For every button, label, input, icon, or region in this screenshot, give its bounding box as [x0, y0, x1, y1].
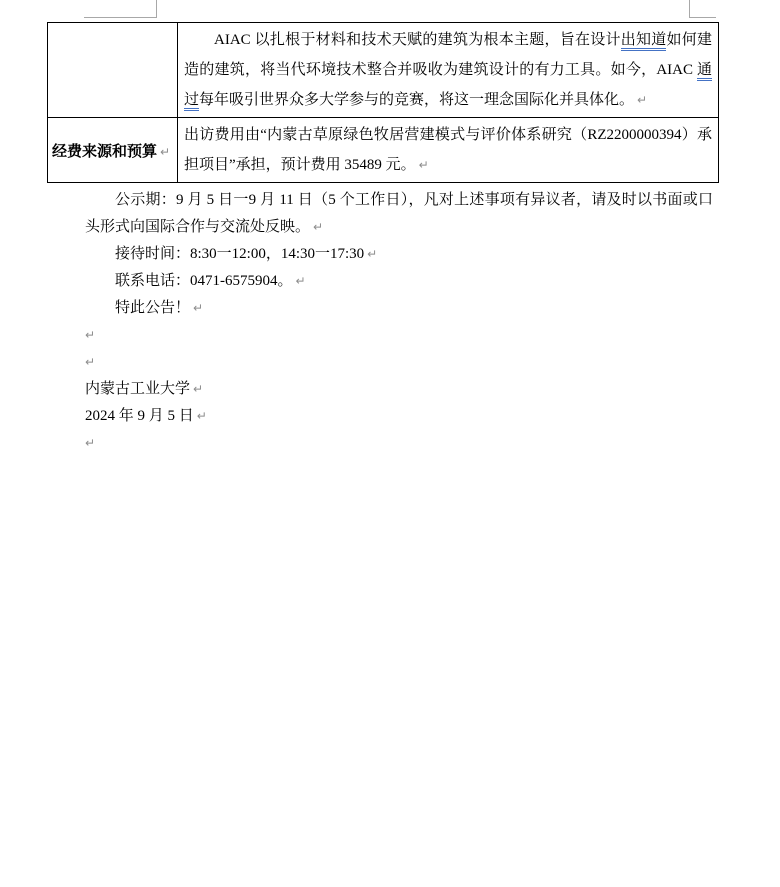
aiac-paragraph: AIAC 以扎根于材料和技术天赋的建筑为根本主题，旨在设计出知道如何建造的建筑，… [184, 25, 712, 115]
signature-organization-line: 内蒙古工业大学↵ [85, 376, 713, 403]
empty-paragraph: ↵ [85, 322, 713, 349]
paragraph-mark: ↵ [313, 220, 323, 234]
funding-label: 经费来源和预算 [52, 144, 157, 160]
notice-period-paragraph: 公示期：9 月 5 日一9 月 11 日（5 个工作日），凡对上述事项有异议者，… [85, 187, 713, 241]
funding-content: 出访费用由“内蒙古草原绿色牧居营建模式与评价体系研究（RZ2200000394）… [184, 127, 712, 173]
aiac-description-cell: AIAC 以扎根于材料和技术天赋的建筑为根本主题，旨在设计出知道如何建造的建筑，… [178, 23, 719, 118]
paragraph-mark: ↵ [85, 355, 95, 369]
paragraph-mark: ↵ [160, 145, 170, 159]
paragraph-mark: ↵ [419, 158, 429, 172]
paragraph-mark: ↵ [197, 409, 207, 423]
empty-paragraph: ↵ [85, 430, 713, 457]
grammar-flagged-text: 出知道 [621, 32, 667, 51]
funding-content-cell: 出访费用由“内蒙古草原绿色牧居营建模式与评价体系研究（RZ2200000394）… [178, 118, 719, 183]
paragraph-mark: ↵ [193, 301, 203, 315]
text-boundary-mark-left-horizontal [84, 17, 157, 18]
signature-date: 2024 年 9 月 5 日 [85, 408, 194, 424]
paragraph-mark: ↵ [296, 274, 306, 288]
signature-date-line: 2024 年 9 月 5 日↵ [85, 403, 713, 430]
closing-text: 特此公告！ [115, 300, 190, 316]
aiac-text-segment: 每年吸引世界众多大学参与的竞赛，将这一理念国际化并具体化。 [199, 92, 634, 108]
empty-paragraph: ↵ [85, 349, 713, 376]
document-page: AIAC 以扎根于材料和技术天赋的建筑为根本主题，旨在设计出知道如何建造的建筑，… [0, 0, 780, 887]
signature-organization: 内蒙古工业大学 [85, 381, 190, 397]
paragraph-mark: ↵ [367, 247, 377, 261]
announcement-table: AIAC 以扎根于材料和技术天赋的建筑为根本主题，旨在设计出知道如何建造的建筑，… [47, 22, 719, 183]
contact-phone-text: 联系电话：0471-6575904。 [115, 273, 293, 289]
aiac-row-label-cell [48, 23, 178, 118]
body-text-block: 公示期：9 月 5 日一9 月 11 日（5 个工作日），凡对上述事项有异议者，… [85, 187, 713, 457]
paragraph-mark: ↵ [193, 382, 203, 396]
contact-phone-paragraph: 联系电话：0471-6575904。↵ [85, 268, 713, 295]
table-row-funding: 经费来源和预算↵ 出访费用由“内蒙古草原绿色牧居营建模式与评价体系研究（RZ22… [48, 118, 719, 183]
closing-paragraph: 特此公告！↵ [85, 295, 713, 322]
text-boundary-mark-right-vertical [689, 0, 690, 18]
paragraph-mark: ↵ [85, 328, 95, 342]
paragraph-mark: ↵ [85, 436, 95, 450]
reception-hours-text: 接待时间：8:30一12:00，14:30一17:30 [115, 246, 364, 262]
notice-period-text: 公示期：9 月 5 日一9 月 11 日（5 个工作日），凡对上述事项有异议者，… [85, 192, 713, 235]
paragraph-mark: ↵ [637, 93, 647, 107]
text-boundary-mark-right-horizontal [689, 17, 716, 18]
reception-hours-paragraph: 接待时间：8:30一12:00，14:30一17:30↵ [85, 241, 713, 268]
text-boundary-mark-left-vertical [156, 0, 157, 18]
table-row-aiac-description: AIAC 以扎根于材料和技术天赋的建筑为根本主题，旨在设计出知道如何建造的建筑，… [48, 23, 719, 118]
funding-label-cell: 经费来源和预算↵ [48, 118, 178, 183]
aiac-text-segment: AIAC 以扎根于材料和技术天赋的建筑为根本主题，旨在设计 [214, 32, 621, 48]
